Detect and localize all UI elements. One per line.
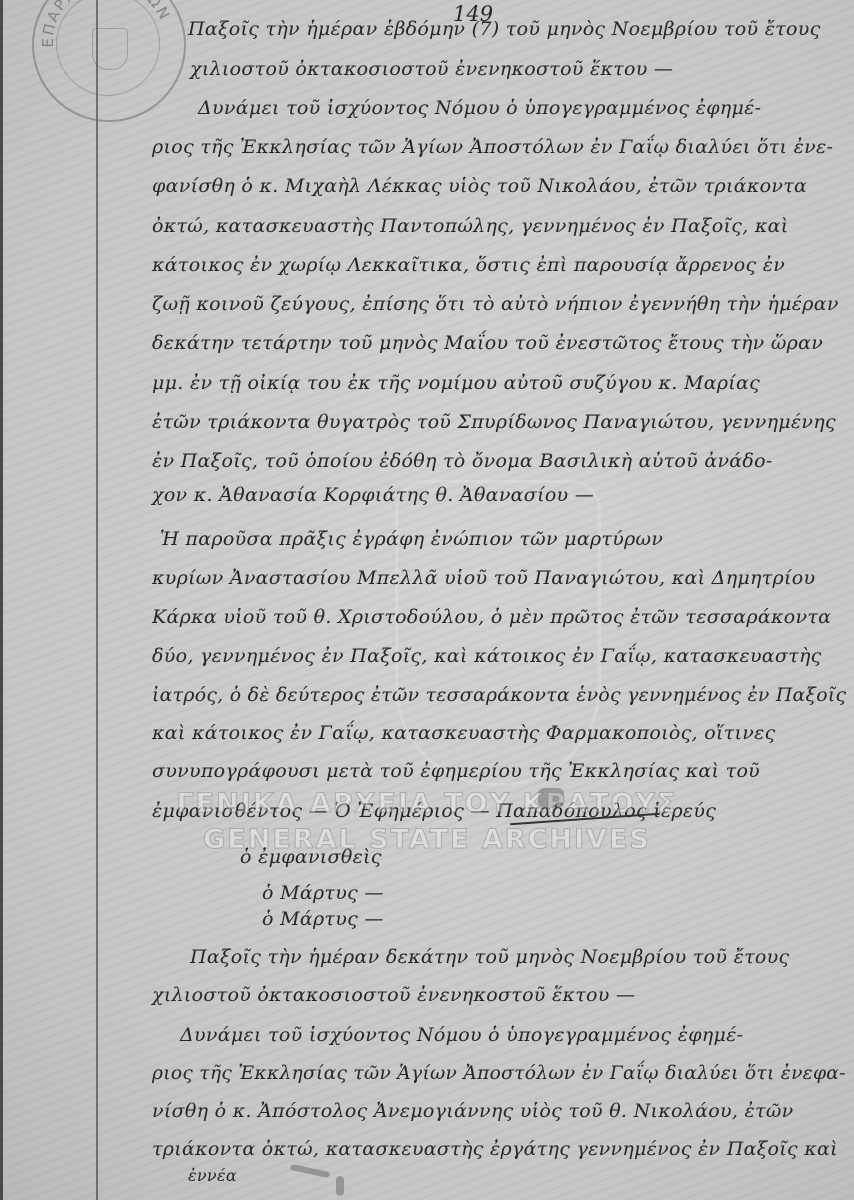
record-line: ριος τῆς Ἐκκλησίας τῶν Ἁγίων Ἀποστόλων ἐ…: [152, 1062, 846, 1084]
record-line: καὶ κάτοικος ἐν Γαΐῳ, κατασκευαστὴς Φαρμ…: [152, 722, 776, 744]
record-line: χιλιοστοῦ ὀκτακοσιοστοῦ ἐνενηκοστοῦ ἕκτο…: [152, 984, 635, 1006]
record-line: ριος τῆς Ἐκκλησίας τῶν Ἁγίων Ἀποστόλων ἐ…: [152, 136, 833, 158]
ink-smudge: [290, 1164, 330, 1178]
record-line: Παξοῖς τὴν ἡμέραν ἑβδόμην (7) τοῦ μηνὸς …: [188, 18, 821, 40]
record-line: Ἡ παροῦσα πρᾶξις ἐγράφη ἐνώπιον τῶν μαρτ…: [160, 528, 663, 550]
record-line: κάτοικος ἐν χωρίῳ Λεκκαῖτικα, ὅστις ἐπὶ …: [152, 254, 785, 276]
record-line: Δυνάμει τοῦ ἰσχύοντος Νόμου ὁ ὑπογεγραμμ…: [198, 97, 761, 119]
record-line: δεκάτην τετάρτην τοῦ μηνὸς Μαΐου τοῦ ἐνε…: [152, 332, 823, 354]
record-line: Παξοῖς τὴν ἡμέραν δεκάτην τοῦ μηνὸς Νοεμ…: [190, 946, 789, 968]
ink-smudge: [336, 1176, 344, 1196]
record-line: ζωῇ κοινοῦ ζεύγους, ἐπίσης ὅτι τὸ αὐτὸ ν…: [152, 293, 839, 315]
record-line: χιλιοστοῦ ὀκτακοσιοστοῦ ἐνενηκοστοῦ ἕκτο…: [190, 58, 673, 80]
record-line: ἐν Παξοῖς, τοῦ ὁποίου ἐδόθη τὸ ὄνομα Βασ…: [152, 450, 773, 472]
record-line: χον κ. Ἀθανασία Κορφιάτης θ. Ἀθανασίου —: [152, 484, 594, 506]
record-line: Κάρκα υἱοῦ τοῦ θ. Χριστοδούλου, ὁ μὲν πρ…: [152, 606, 831, 628]
record-line: ἰατρός, ὁ δὲ δεύτερος ἐτῶν τεσσαράκοντα …: [152, 684, 846, 706]
archive-watermark-greek: ΓΕΝΙΚΑ ΑΡΧΕΙΑ ΤΟΥ ΚΡΑΤΟΥΣ: [0, 788, 854, 819]
record-line: ἐννέα: [188, 1166, 237, 1185]
record-line: κυρίων Ἀναστασίου Μπελλᾶ υἱοῦ τοῦ Παναγι…: [152, 567, 815, 589]
record-line: Δυνάμει τοῦ ἰσχύοντος Νόμου ὁ ὑπογεγραμμ…: [180, 1024, 743, 1046]
archive-stamp: ΕΠΑΡΧΕΙΑ ΠΑΞΩΝ: [32, 0, 186, 122]
record-line: ὀκτώ, κατασκευαστὴς Παντοπώλης, γεννημέν…: [152, 215, 789, 237]
record-line: νίσθη ὁ κ. Ἀπόστολος Ἀνεμογιάννης υἱὸς τ…: [152, 1100, 793, 1122]
record-line: μμ. ἐν τῇ οἰκίᾳ του ἐκ τῆς νομίμου αὐτοῦ…: [152, 372, 760, 394]
record-line: τριάκοντα ὀκτώ, κατασκευαστὴς ἐργάτης γε…: [152, 1138, 838, 1160]
signature-declarant: ὁ ἐμφανισθεὶς: [240, 846, 382, 868]
page-edge: [0, 0, 3, 1200]
signature-witness: ὁ Μάρτυς —: [262, 882, 384, 904]
record-line: φανίσθη ὁ κ. Μιχαὴλ Λέκκας υἱὸς τοῦ Νικο…: [152, 175, 807, 197]
stamp-text: ΕΠΑΡΧΕΙΑ ΠΑΞΩΝ: [34, 0, 184, 120]
record-line: ἐτῶν τριάκοντα θυγατρὸς τοῦ Σπυρίδωνος Π…: [152, 411, 836, 433]
record-line: συνυπογράφουσι μετὰ τοῦ ἐφημερίου τῆς Ἐκ…: [152, 760, 760, 782]
svg-text:ΕΠΑΡΧΕΙΑ ΠΑΞΩΝ: ΕΠΑΡΧΕΙΑ ΠΑΞΩΝ: [39, 0, 174, 48]
document-page: ΕΠΑΡΧΕΙΑ ΠΑΞΩΝ 149 Παξοῖς τὴν ἡμέραν ἑβδ…: [0, 0, 854, 1200]
margin-rule: [96, 0, 98, 1200]
signature-witness: ὁ Μάρτυς —: [262, 908, 384, 930]
archive-watermark-english: GENERAL STATE ARCHIVES: [0, 824, 854, 855]
record-line: δύο, γεννημένος ἐν Παξοῖς, καὶ κάτοικος …: [152, 645, 822, 667]
